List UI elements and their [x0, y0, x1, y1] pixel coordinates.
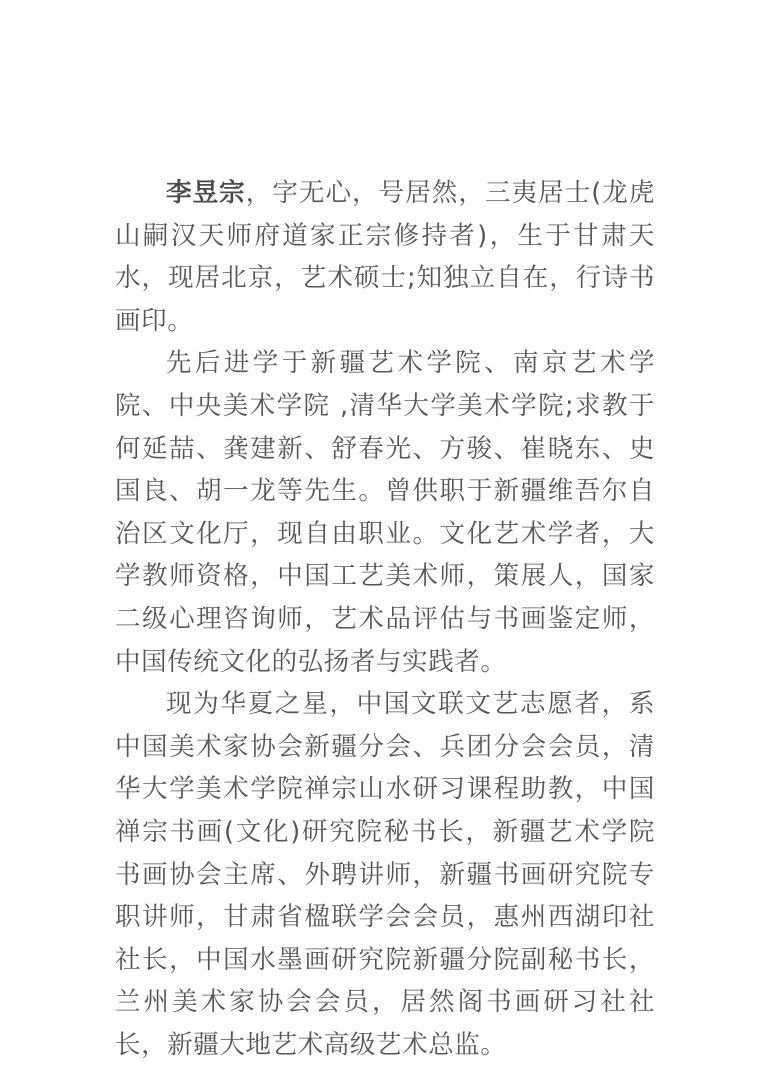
paragraph-education: 先后进学于新疆艺术学院、南京艺术学院、中央美术学院 ,清华大学美术学院;求教于何… [115, 342, 655, 683]
paragraph-positions: 现为华夏之星，中国文联文艺志愿者，系中国美术家协会新疆分会、兵团分会会员，清华大… [115, 683, 655, 1066]
paragraph-intro: 李昱宗，字无心，号居然，三夷居士(龙虎山嗣汉天师府道家正宗修持者)，生于甘肃天水… [115, 172, 655, 342]
biography-document: 李昱宗，字无心，号居然，三夷居士(龙虎山嗣汉天师府道家正宗修持者)，生于甘肃天水… [115, 172, 655, 1066]
person-name: 李昱宗 [166, 178, 246, 208]
